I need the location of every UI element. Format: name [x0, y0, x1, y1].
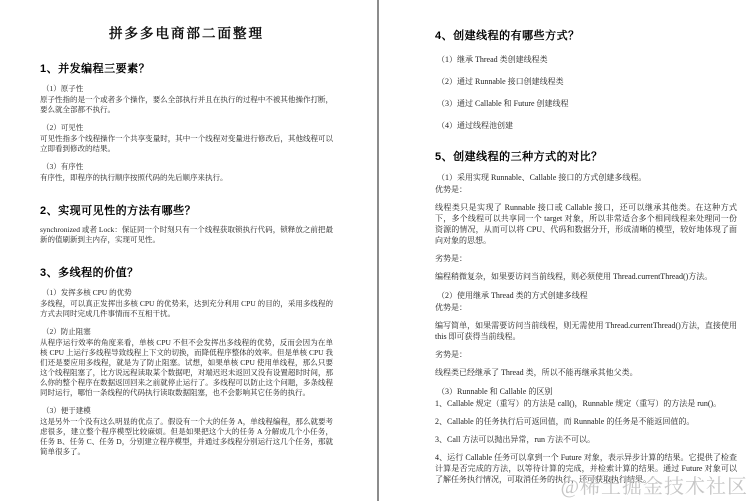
paragraph: 编写简单，如果需要访问当前线程，则无需使用 Thread.currentThre… [435, 320, 737, 342]
paragraph: 线程类已经继承了 Thread 类，所以不能再继承其他父类。 [435, 367, 737, 378]
paragraph: 优势是： [435, 302, 737, 313]
section-heading: 3、多线程的价值？ [40, 267, 333, 280]
paragraph: 劣势是： [435, 253, 737, 264]
paragraph: 这是另外一个没有这么明显的优点了。假设有一个大的任务 A，单线程编程，那么就要考… [40, 417, 333, 457]
sub-label: （1）采用实现 Runnable、Callable 接口的方式创建多线程。 [435, 172, 737, 183]
page-2-body: 4、创建线程的有哪些方式？（1）继承 Thread 类创建线程类（2）通过 Ru… [435, 30, 737, 485]
list-item: （1）继承 Thread 类创建线程类 [435, 54, 737, 65]
list-item: （3）通过 Callable 和 Future 创建线程 [435, 98, 737, 109]
paragraph: 有序性，即程序的执行顺序按照代码的先后顺序来执行。 [40, 173, 333, 183]
section-heading: 4、创建线程的有哪些方式？ [435, 30, 737, 43]
list-item: （4）通过线程池创建 [435, 120, 737, 131]
document-viewer: 拼多多电商部二面整理 1、并发编程三要素？（1）原子性原子性指的是一个或者多个操… [0, 0, 751, 501]
sub-label: （2）可见性 [40, 123, 333, 133]
paragraph: 原子性指的是一个或者多个操作，要么全部执行并且在执行的过程中不被其他操作打断，要… [40, 95, 333, 115]
sub-label: （2）防止阻塞 [40, 327, 333, 337]
sub-label: （3）Runnable 和 Callable 的区别 [435, 386, 737, 397]
paragraph: 劣势是： [435, 349, 737, 360]
watermark-text: @稀土掘金技术社区 [561, 476, 748, 498]
paragraph: 编程稍微复杂，如果要访问当前线程，则必须使用 Thread.currentThr… [435, 271, 737, 282]
paragraph: 线程类只是实现了 Runnable 接口或 Callable 接口，还可以继承其… [435, 202, 737, 246]
document-title: 拼多多电商部二面整理 [40, 26, 333, 41]
paragraph: 可见性指多个线程操作一个共享变量时，其中一个线程对变量进行修改后，其他线程可以立… [40, 134, 333, 154]
paragraph: 从程序运行效率的角度来看，单核 CPU 不但不会发挥出多线程的优势，反而会因为在… [40, 338, 333, 398]
paragraph: 1、Callable 规定（重写）的方法是 call()，Runnable 规定… [435, 398, 737, 409]
list-item: （2）通过 Runnable 接口创建线程类 [435, 76, 737, 87]
paragraph: 优势是： [435, 184, 737, 195]
paragraph: synchronized 或者 Lock：保证同一个时刻只有一个线程获取锁执行代… [40, 225, 333, 245]
section-heading: 5、创建线程的三种方式的对比？ [435, 151, 737, 164]
sub-label: （3）便于建模 [40, 406, 333, 416]
page-1: 拼多多电商部二面整理 1、并发编程三要素？（1）原子性原子性指的是一个或者多个操… [0, 0, 377, 501]
paragraph: 多线程，可以真正发挥出多核 CPU 的优势来，达到充分利用 CPU 的目的，采用… [40, 299, 333, 319]
paragraph: 3、Call 方法可以抛出异常，run 方法不可以。 [435, 434, 737, 445]
paragraph: 2、Callable 的任务执行后可返回值，而 Runnable 的任务是不能返… [435, 416, 737, 427]
sub-label: （3）有序性 [40, 162, 333, 172]
page-2: 4、创建线程的有哪些方式？（1）继承 Thread 类创建线程类（2）通过 Ru… [379, 0, 751, 501]
section-heading: 1、并发编程三要素？ [40, 63, 333, 76]
sub-label: （1）原子性 [40, 84, 333, 94]
page-1-body: 1、并发编程三要素？（1）原子性原子性指的是一个或者多个操作，要么全部执行并且在… [40, 63, 333, 457]
section-heading: 2、实现可见性的方法有哪些？ [40, 205, 333, 218]
sub-label: （2）使用继承 Thread 类的方式创建多线程 [435, 290, 737, 301]
sub-label: （1）发挥多核 CPU 的优势 [40, 288, 333, 298]
